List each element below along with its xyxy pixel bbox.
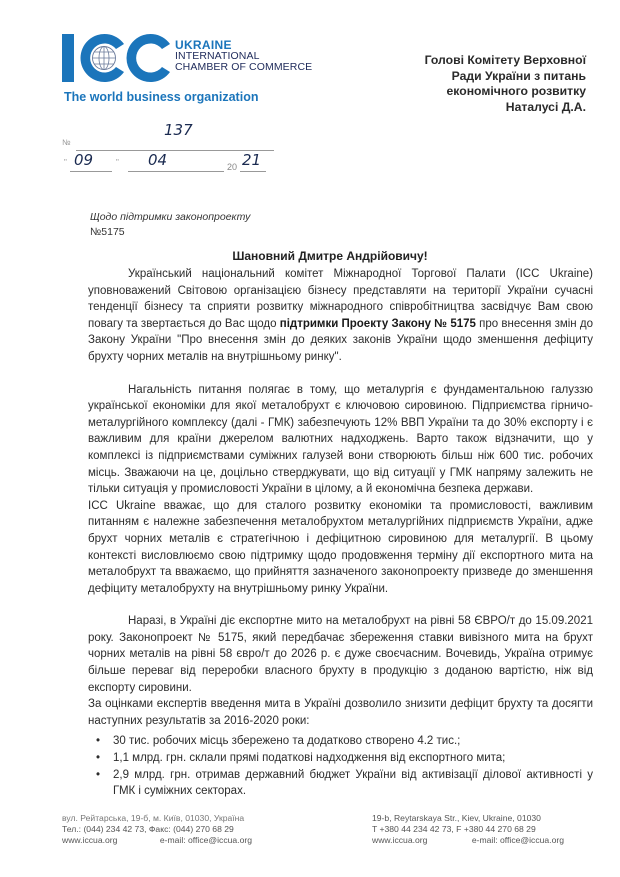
addressee-line: Ради України з питань bbox=[346, 69, 586, 85]
results-list: 30 тис. робочих місць збережено та додат… bbox=[88, 733, 593, 799]
logo-text: UKRAINE INTERNATIONAL CHAMBER OF COMMERC… bbox=[175, 40, 312, 73]
paragraph-intro: Український національний комітет Міжнаро… bbox=[88, 266, 593, 366]
paragraph-urgency: Нагальність питання полягає в тому, що м… bbox=[88, 382, 593, 498]
quote-mark: " bbox=[116, 158, 119, 167]
logo-tagline: The world business organization bbox=[64, 90, 258, 104]
logo-line-2: CHAMBER OF COMMERCE bbox=[175, 62, 312, 73]
paragraph-current-duty: Наразі, в Україні діє експортне мито на … bbox=[88, 613, 593, 696]
footer-phone: Тел.: (044) 234 42 73, Факс: (044) 270 6… bbox=[62, 824, 322, 835]
subject-line: Щодо підтримки законопроекту bbox=[90, 210, 250, 225]
bill-number: №5175 bbox=[90, 225, 250, 240]
list-item: 30 тис. робочих місць збережено та додат… bbox=[88, 733, 593, 750]
footer-phone: T +380 44 234 42 73, F +380 44 270 68 29 bbox=[372, 824, 612, 835]
letter-page: UKRAINE INTERNATIONAL CHAMBER OF COMMERC… bbox=[0, 0, 620, 877]
list-item: 2,9 млрд. грн. отримав державний бюджет … bbox=[88, 767, 593, 800]
icc-logo-mark-icon bbox=[62, 32, 172, 84]
footer-website-link[interactable]: www.iccua.org bbox=[372, 835, 427, 846]
quote-mark: " bbox=[64, 158, 67, 167]
number-label: № bbox=[62, 138, 71, 147]
date-month: 04 bbox=[148, 151, 167, 169]
footer-english: 19-b, Reytarskaya Str., Kiev, Ukraine, 0… bbox=[372, 813, 612, 846]
footer-ukrainian: вул. Рейтарська, 19-б, м. Київ, 01030, У… bbox=[62, 813, 322, 846]
list-item: 1,1 млрд. грн. склали прямі податкові на… bbox=[88, 750, 593, 767]
footer-email-link[interactable]: e-mail: office@iccua.org bbox=[160, 835, 252, 846]
addressee-line: Наталусі Д.А. bbox=[346, 100, 586, 116]
year-prefix: 20 bbox=[227, 162, 237, 172]
month-underline bbox=[128, 157, 224, 172]
date-day: 09 bbox=[74, 151, 93, 169]
paragraph-results-intro: За оцінками експертів введення мита в Ук… bbox=[88, 696, 593, 729]
date-line: " 09 " 04 20 21 bbox=[62, 153, 302, 173]
letter-body: Український національний комітет Міжнаро… bbox=[88, 266, 593, 800]
paragraph-position: ICC Ukraine вважає, що для сталого розви… bbox=[88, 498, 593, 598]
subject-block: Щодо підтримки законопроекту №5175 bbox=[90, 210, 250, 240]
addressee-line: економічного розвитку bbox=[346, 84, 586, 100]
addressee-line: Голові Комітету Верховної bbox=[346, 53, 586, 69]
date-year: 21 bbox=[242, 151, 261, 169]
salutation: Шановний Дмитре Андрійовичу! bbox=[0, 249, 620, 263]
footer-email-link[interactable]: e-mail: office@iccua.org bbox=[472, 835, 564, 846]
footer-address: 19-b, Reytarskaya Str., Kiev, Ukraine, 0… bbox=[372, 813, 612, 824]
addressee-block: Голові Комітету Верховної Ради України з… bbox=[346, 53, 586, 115]
footer-website-link[interactable]: www.iccua.org bbox=[62, 835, 117, 846]
icc-ukraine-logo: UKRAINE INTERNATIONAL CHAMBER OF COMMERC… bbox=[62, 32, 322, 107]
footer-address: вул. Рейтарська, 19-б, м. Київ, 01030, У… bbox=[62, 813, 322, 824]
outgoing-number: 137 bbox=[164, 121, 193, 139]
bill-reference-bold: підтримки Проекту Закону № 5175 bbox=[280, 318, 476, 330]
